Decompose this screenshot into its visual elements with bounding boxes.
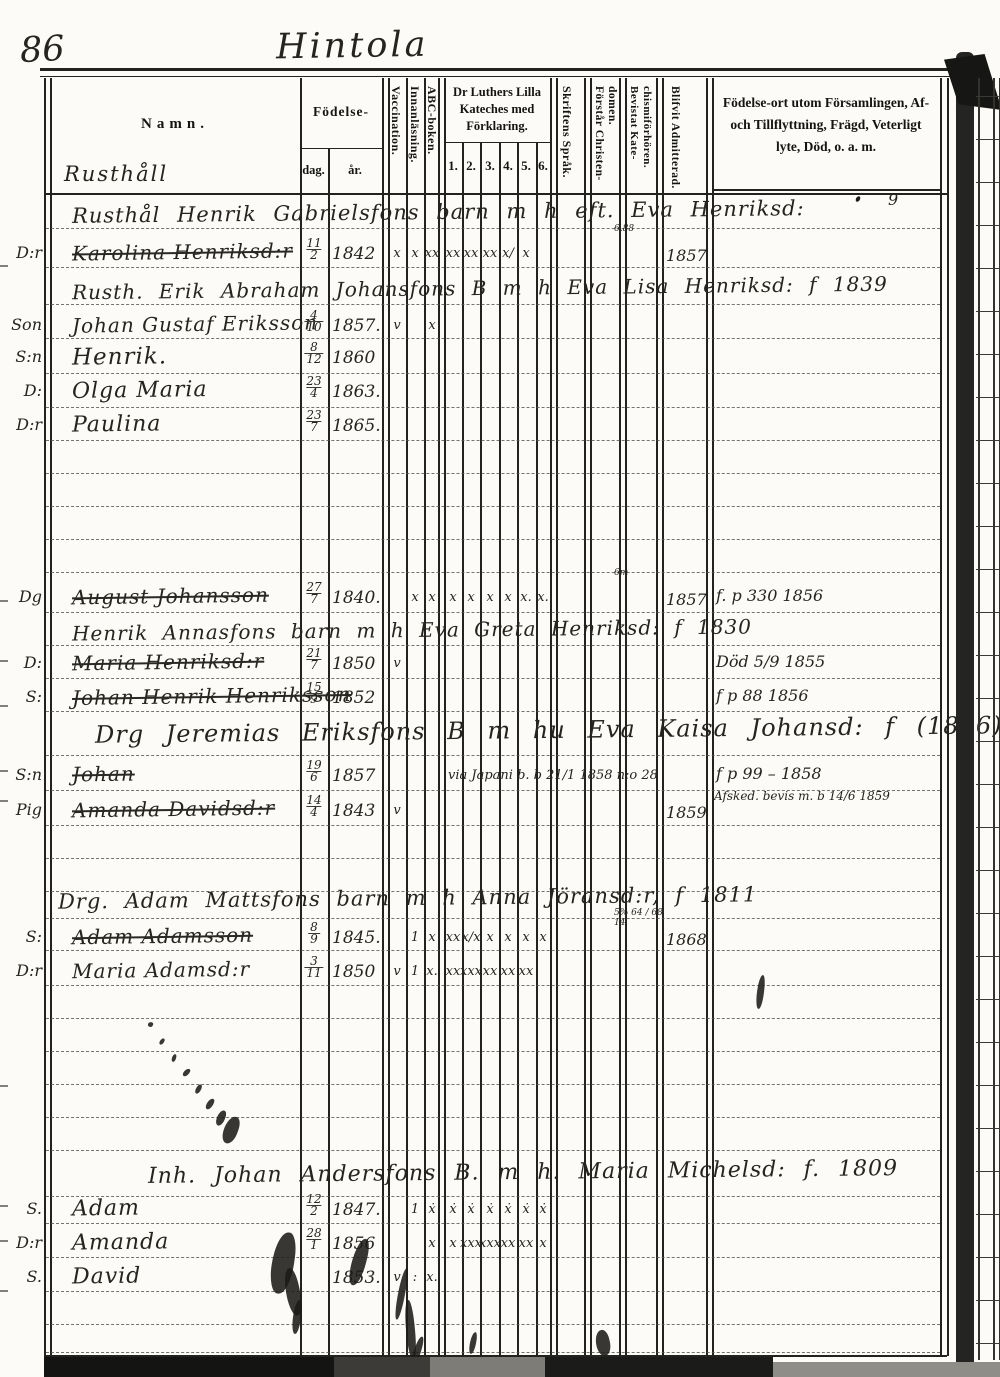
ink-smudge xyxy=(182,1067,192,1077)
facing-page-grid-line xyxy=(976,913,1000,914)
day-denominator: 2 xyxy=(306,249,321,261)
margin-label: Son xyxy=(8,315,42,334)
margin-label: D:r xyxy=(8,243,42,262)
day-denominator: 12 xyxy=(304,353,323,365)
header-fodelse-underline xyxy=(300,148,382,149)
margin-tick xyxy=(0,265,8,267)
header-bottom-line xyxy=(44,193,947,195)
row-name: Johan xyxy=(72,762,135,787)
facing-page-grid-line xyxy=(976,1257,1000,1258)
row-rule xyxy=(46,304,940,305)
row-mark: x xyxy=(411,590,418,605)
row-birth-year: 1857. xyxy=(332,316,381,336)
row-birth-year: 1865. xyxy=(332,416,381,436)
row-name: Amanda xyxy=(72,1229,170,1255)
row-mark: v xyxy=(393,318,400,333)
row-mark: xx xyxy=(446,246,461,261)
row-mark: x xyxy=(504,930,511,945)
row-rule xyxy=(46,1324,940,1325)
row-birth-day: 311 xyxy=(304,956,323,979)
family-header-line: Rusth. Erik Abraham Johansfons B m h Eva… xyxy=(72,272,888,305)
row-birth-year: 1840. xyxy=(332,588,381,608)
parish-register-page: 86 Hintola Namn. Rusthåll Födelse- dag. … xyxy=(0,0,1000,1377)
row-rule xyxy=(46,1223,940,1224)
row-mark: x xyxy=(539,1236,546,1251)
row-rule xyxy=(46,228,940,229)
facing-page-grid-line xyxy=(976,655,1000,656)
scan-edge-band xyxy=(430,1357,545,1377)
day-denominator: 7 xyxy=(306,421,321,433)
row-mark: xx xyxy=(501,964,516,979)
row-mark: ẋ xyxy=(428,1202,435,1217)
row-mark: x xyxy=(539,930,546,945)
row-birth-year: 1847. xyxy=(332,1200,381,1220)
row-rule xyxy=(46,373,940,374)
header-namn: Namn. xyxy=(50,116,300,133)
row-mark: x/x xyxy=(461,930,480,945)
row-mark: ẋ xyxy=(467,1202,474,1217)
row-mark: ẋ xyxy=(504,1202,511,1217)
row-admitted-year: 1868 xyxy=(666,930,707,949)
row-birth-day: 410 xyxy=(304,310,323,333)
facing-page-grid-line xyxy=(976,311,1000,312)
row-name: Olga Maria xyxy=(72,377,208,404)
header-rusthall-handwritten: Rusthåll xyxy=(64,162,168,186)
row-mark: x xyxy=(522,246,529,261)
row-birth-day: 234 xyxy=(306,376,321,399)
row-name: Amanda Davidsd:r xyxy=(72,796,275,823)
facing-page-grid-line xyxy=(993,78,995,1360)
facing-page-grid-line xyxy=(976,1214,1000,1215)
family-header-line: Rusthål Henrik Gabrielsfons barn m h eft… xyxy=(72,196,805,228)
row-birth-year: 1843 xyxy=(332,801,375,821)
margin-label: D:r xyxy=(8,961,42,980)
row-note-last-column: Död 5/9 1855 xyxy=(716,652,825,671)
header-dag: dag. xyxy=(299,163,328,178)
row-mark: x xyxy=(411,246,418,261)
row-mark: x. xyxy=(426,964,437,979)
row-name: Johan Gustaf Eriksson xyxy=(72,310,318,337)
facing-page-grid-line xyxy=(976,1300,1000,1301)
header-kateches-col: 3. xyxy=(481,158,499,174)
row-mark: xx xyxy=(519,1236,534,1251)
facing-page-grid-line xyxy=(976,96,1000,97)
row-admitted-year: 1857 xyxy=(666,246,707,265)
header-kateches-col: 4. xyxy=(499,158,517,174)
row-rule xyxy=(46,506,940,507)
margin-label: D:r xyxy=(8,415,42,434)
margin-tick xyxy=(0,1290,8,1292)
row-rule xyxy=(46,858,940,859)
facing-page-grid-line xyxy=(978,78,980,1360)
row-rule xyxy=(46,1051,940,1052)
binding-bar xyxy=(956,52,974,1377)
margin-label: D: xyxy=(8,381,42,400)
header-blifvit-admitterad: Blifvit Admit­terad. xyxy=(668,86,698,194)
row-mark: v xyxy=(393,803,400,818)
header-innanlasning: Innanläsning. xyxy=(407,86,424,190)
row-name: Paulina xyxy=(72,411,162,437)
row-mark: ẋ xyxy=(539,1202,546,1217)
row-mark: xxx xyxy=(479,1236,501,1251)
header-vaccination: Vaccination. xyxy=(388,86,406,190)
row-rule xyxy=(46,755,940,756)
row-rule xyxy=(46,539,940,540)
facing-page-grid-line xyxy=(976,1171,1000,1172)
row-name: David xyxy=(72,1264,142,1290)
ink-smudge xyxy=(147,1021,153,1027)
row-rule xyxy=(46,1018,940,1019)
row-note-bevistat-small: 5% 64 / 68 14 xyxy=(614,908,672,928)
row-mark: v xyxy=(393,656,400,671)
row-rule xyxy=(46,1150,940,1151)
row-rule xyxy=(46,612,940,613)
top-rule-thin xyxy=(40,76,962,77)
header-fodelse: Födelse- xyxy=(300,104,382,120)
facing-page-grid-line xyxy=(976,999,1000,1000)
row-name: Maria Adamsd:r xyxy=(72,957,250,983)
facing-page-grid-line xyxy=(976,440,1000,441)
margin-label: S. xyxy=(8,1199,42,1218)
row-birth-year: 1852 xyxy=(332,688,375,708)
row-birth-year: 1860 xyxy=(332,348,375,368)
row-rule xyxy=(46,1084,940,1085)
margin-label: Pig xyxy=(8,800,42,819)
header-bevistat-katechismiforhoren: Bevistat Kate­chismiförhören. xyxy=(627,86,655,204)
row-mark: xx xyxy=(425,246,440,261)
row-mark: x xyxy=(428,318,435,333)
row-mark: x xyxy=(449,1236,456,1251)
day-denominator: 4 xyxy=(306,387,321,399)
header-kateches-underline xyxy=(444,142,550,143)
ink-dot xyxy=(855,195,861,202)
row-mark: xx xyxy=(501,1236,516,1251)
day-denominator: 1 xyxy=(306,1239,321,1251)
row-mark: 1 xyxy=(411,930,419,945)
margin-tick xyxy=(0,800,8,802)
row-birth-day: 281 xyxy=(306,1228,321,1251)
header-kateches-title: Dr Luthers Lilla Kateches med Förklaring… xyxy=(446,84,548,135)
row-note-bevistat-small: 6m xyxy=(614,568,672,578)
row-rule xyxy=(46,985,940,986)
row-birth-day: 812 xyxy=(304,342,323,365)
row-mark: ẋ xyxy=(522,1202,529,1217)
margin-label: D: xyxy=(8,653,42,672)
row-rule xyxy=(46,338,940,339)
row-name: Adam xyxy=(72,1196,140,1222)
row-mark: xx xyxy=(483,246,498,261)
facing-page-grid-line xyxy=(976,182,1000,183)
row-note-middle: via Japani b. b 21/1 1858 n:o 28 xyxy=(448,768,658,783)
facing-page-grid-line xyxy=(976,225,1000,226)
row-rule xyxy=(46,645,940,646)
row-rule xyxy=(46,1291,940,1292)
row-mark: xx xyxy=(446,930,461,945)
ink-smudge xyxy=(204,1097,215,1110)
top-rule-thick xyxy=(40,68,962,71)
row-mark: xxx xyxy=(460,964,482,979)
facing-page-grid-line xyxy=(976,1343,1000,1344)
margin-tick xyxy=(0,600,8,602)
row-rule xyxy=(46,1196,940,1197)
facing-page-grid-line xyxy=(976,354,1000,355)
header-lastcol-bottom xyxy=(712,189,940,191)
row-birth-year: 1850 xyxy=(332,654,375,674)
row-mark: xx xyxy=(519,964,534,979)
ink-smudge xyxy=(468,1332,478,1355)
margin-tick xyxy=(0,1085,8,1087)
row-mark: ẋ xyxy=(486,1202,493,1217)
scan-edge-band xyxy=(334,1357,430,1377)
row-mark: v xyxy=(393,964,400,979)
header-skriftens-sprak: Skriftens Språk. xyxy=(559,86,583,192)
facing-page-grid-line xyxy=(976,698,1000,699)
row-rule xyxy=(46,440,940,441)
margin-tick xyxy=(0,1240,8,1242)
row-mark: x xyxy=(428,930,435,945)
row-mark: x xyxy=(486,930,493,945)
row-rule xyxy=(46,1117,940,1118)
header-kateches-col: 5. xyxy=(517,158,535,174)
row-birth-day: 217 xyxy=(306,648,321,671)
row-mark: x xyxy=(428,590,435,605)
ink-smudge xyxy=(194,1083,203,1094)
margin-tick xyxy=(0,705,8,707)
row-rule xyxy=(46,1257,940,1258)
row-birth-day: 237 xyxy=(306,410,321,433)
day-denominator: 7 xyxy=(306,593,321,605)
page-corner-mark xyxy=(944,54,1000,110)
row-note-last-column: f p 88 1856 xyxy=(716,686,809,705)
margin-label: S:n xyxy=(8,765,42,784)
margin-label: S. xyxy=(8,1267,42,1286)
row-mark: ẋ xyxy=(449,1202,456,1217)
row-mark: xx xyxy=(464,246,479,261)
row-mark: x xyxy=(393,246,400,261)
row-rule xyxy=(46,825,940,826)
row-note-last-column-small: Afsked. bevis m. b 14/6 1859 xyxy=(714,789,890,803)
column-line xyxy=(50,78,52,1356)
row-birth-day: 122 xyxy=(306,1194,321,1217)
row-rule xyxy=(46,1352,940,1353)
day-denominator: 6 xyxy=(306,771,321,783)
day-denominator: 7 xyxy=(306,659,321,671)
day-denominator: 9 xyxy=(308,933,320,945)
facing-page-grid-line xyxy=(976,526,1000,527)
column-line xyxy=(44,78,46,1356)
header-forstar-christendomen: Förstår Christen­domen. xyxy=(592,86,618,202)
page-title: Hintola xyxy=(276,25,429,68)
row-birth-day: 196 xyxy=(306,760,321,783)
header-fodelseort-notes: Födelse-ort utom Församlingen, Af- och T… xyxy=(718,92,934,158)
row-birth-year: 1850 xyxy=(332,962,375,982)
facing-page-grid-line xyxy=(976,1128,1000,1129)
row-mark: xx xyxy=(483,964,498,979)
row-mark: x xyxy=(449,590,456,605)
row-birth-day: 112 xyxy=(306,238,321,261)
row-mark: x. xyxy=(520,590,531,605)
row-rule xyxy=(46,950,940,951)
family-header-line: Inh. Johan Andersfons B. m h. Maria Mich… xyxy=(148,1156,898,1189)
row-mark: x/ xyxy=(502,246,514,261)
day-denominator: 9 xyxy=(306,693,321,705)
ink-smudge xyxy=(171,1054,177,1063)
row-rule xyxy=(46,267,940,268)
header-kateches-col: 1. xyxy=(444,158,462,174)
row-rule xyxy=(46,678,940,679)
row-rule xyxy=(46,918,940,919)
row-mark: x. xyxy=(426,1270,437,1285)
margin-label: S: xyxy=(8,927,42,946)
margin-tick xyxy=(0,660,8,662)
page-number: 86 xyxy=(19,29,66,71)
margin-label: S: xyxy=(8,687,42,706)
facing-page-grid-line xyxy=(976,397,1000,398)
row-name: Maria Henriksd:r xyxy=(72,649,265,676)
margin-label: Dg xyxy=(8,587,42,606)
ink-smudge xyxy=(593,1329,613,1358)
row-birth-year: 1845. xyxy=(332,928,381,948)
row-mark: : xyxy=(413,1270,417,1285)
row-rule xyxy=(46,407,940,408)
row-mark: x xyxy=(486,590,493,605)
facing-page-grid-line xyxy=(976,1085,1000,1086)
header-kateches-col: 2. xyxy=(462,158,480,174)
row-note-bevistat-small: 6.88 xyxy=(614,224,672,234)
scan-edge-band xyxy=(545,1357,773,1377)
row-note-last-column: f. p 330 1856 xyxy=(716,586,823,605)
row-name: August Johansson xyxy=(72,583,269,610)
row-mark: x xyxy=(504,590,511,605)
ink-smudge xyxy=(755,975,766,1010)
facing-page-grid-line xyxy=(976,569,1000,570)
row-name: Adam Adamsson xyxy=(72,923,253,950)
row-birth-year: 1857 xyxy=(332,766,375,786)
row-rule xyxy=(46,572,940,573)
scan-edge-band xyxy=(44,1357,334,1377)
day-denominator: 2 xyxy=(306,1205,321,1217)
row-mark: x xyxy=(428,1236,435,1251)
day-denominator: 10 xyxy=(304,321,323,333)
margin-label: S:n xyxy=(8,347,42,366)
facing-page-grid-line xyxy=(976,139,1000,140)
row-birth-day: 144 xyxy=(306,795,321,818)
margin-tick xyxy=(0,1205,8,1207)
margin-label: D:r xyxy=(8,1233,42,1252)
day-denominator: 11 xyxy=(304,967,323,979)
row-admitted-year: 1857 xyxy=(666,590,707,609)
row-birth-year: 1842 xyxy=(332,244,375,264)
facing-page-grid-line xyxy=(976,827,1000,828)
row-note-last-column: f p 99 – 1858 xyxy=(716,764,822,783)
row-mark: 1 xyxy=(411,964,419,979)
facing-page-grid-line xyxy=(976,784,1000,785)
ink-smudge xyxy=(159,1037,166,1045)
row-mark: x xyxy=(522,930,529,945)
facing-page-grid-line xyxy=(976,268,1000,269)
row-rule xyxy=(46,711,940,712)
day-denominator: 4 xyxy=(306,806,321,818)
row-mark: 1 xyxy=(411,1202,419,1217)
facing-page-grid-line xyxy=(976,956,1000,957)
margin-tick xyxy=(0,770,8,772)
row-birth-day: 89 xyxy=(308,922,320,945)
row-birth-day: 277 xyxy=(306,582,321,605)
scan-edge-band xyxy=(773,1362,1000,1377)
row-mark: x. xyxy=(537,590,548,605)
facing-page-grid-line xyxy=(976,741,1000,742)
family-header-line: Drg Jeremias Eriksfons B m hu Eva Kaisa … xyxy=(95,711,1000,749)
row-birth-day: 159 xyxy=(306,682,321,705)
family-header-line: Henrik Annasfons barn m h Eva Greta Henr… xyxy=(72,614,752,645)
facing-page-grid-line xyxy=(976,483,1000,484)
row-name: Karolina Henriksd:r xyxy=(72,238,293,265)
row-rule xyxy=(46,473,940,474)
header-ar: år. xyxy=(328,163,382,178)
facing-page-grid-line xyxy=(976,870,1000,871)
row-birth-year: 1863. xyxy=(332,382,381,402)
row-admitted-year: 1859 xyxy=(666,803,707,822)
facing-page-grid-line xyxy=(976,612,1000,613)
row-name: Henrik. xyxy=(72,343,167,370)
row-mark: xx xyxy=(446,964,461,979)
row-mark: x xyxy=(467,590,474,605)
header-abc-boken: ABC-boken. xyxy=(424,86,439,190)
facing-page-grid-line xyxy=(976,1042,1000,1043)
